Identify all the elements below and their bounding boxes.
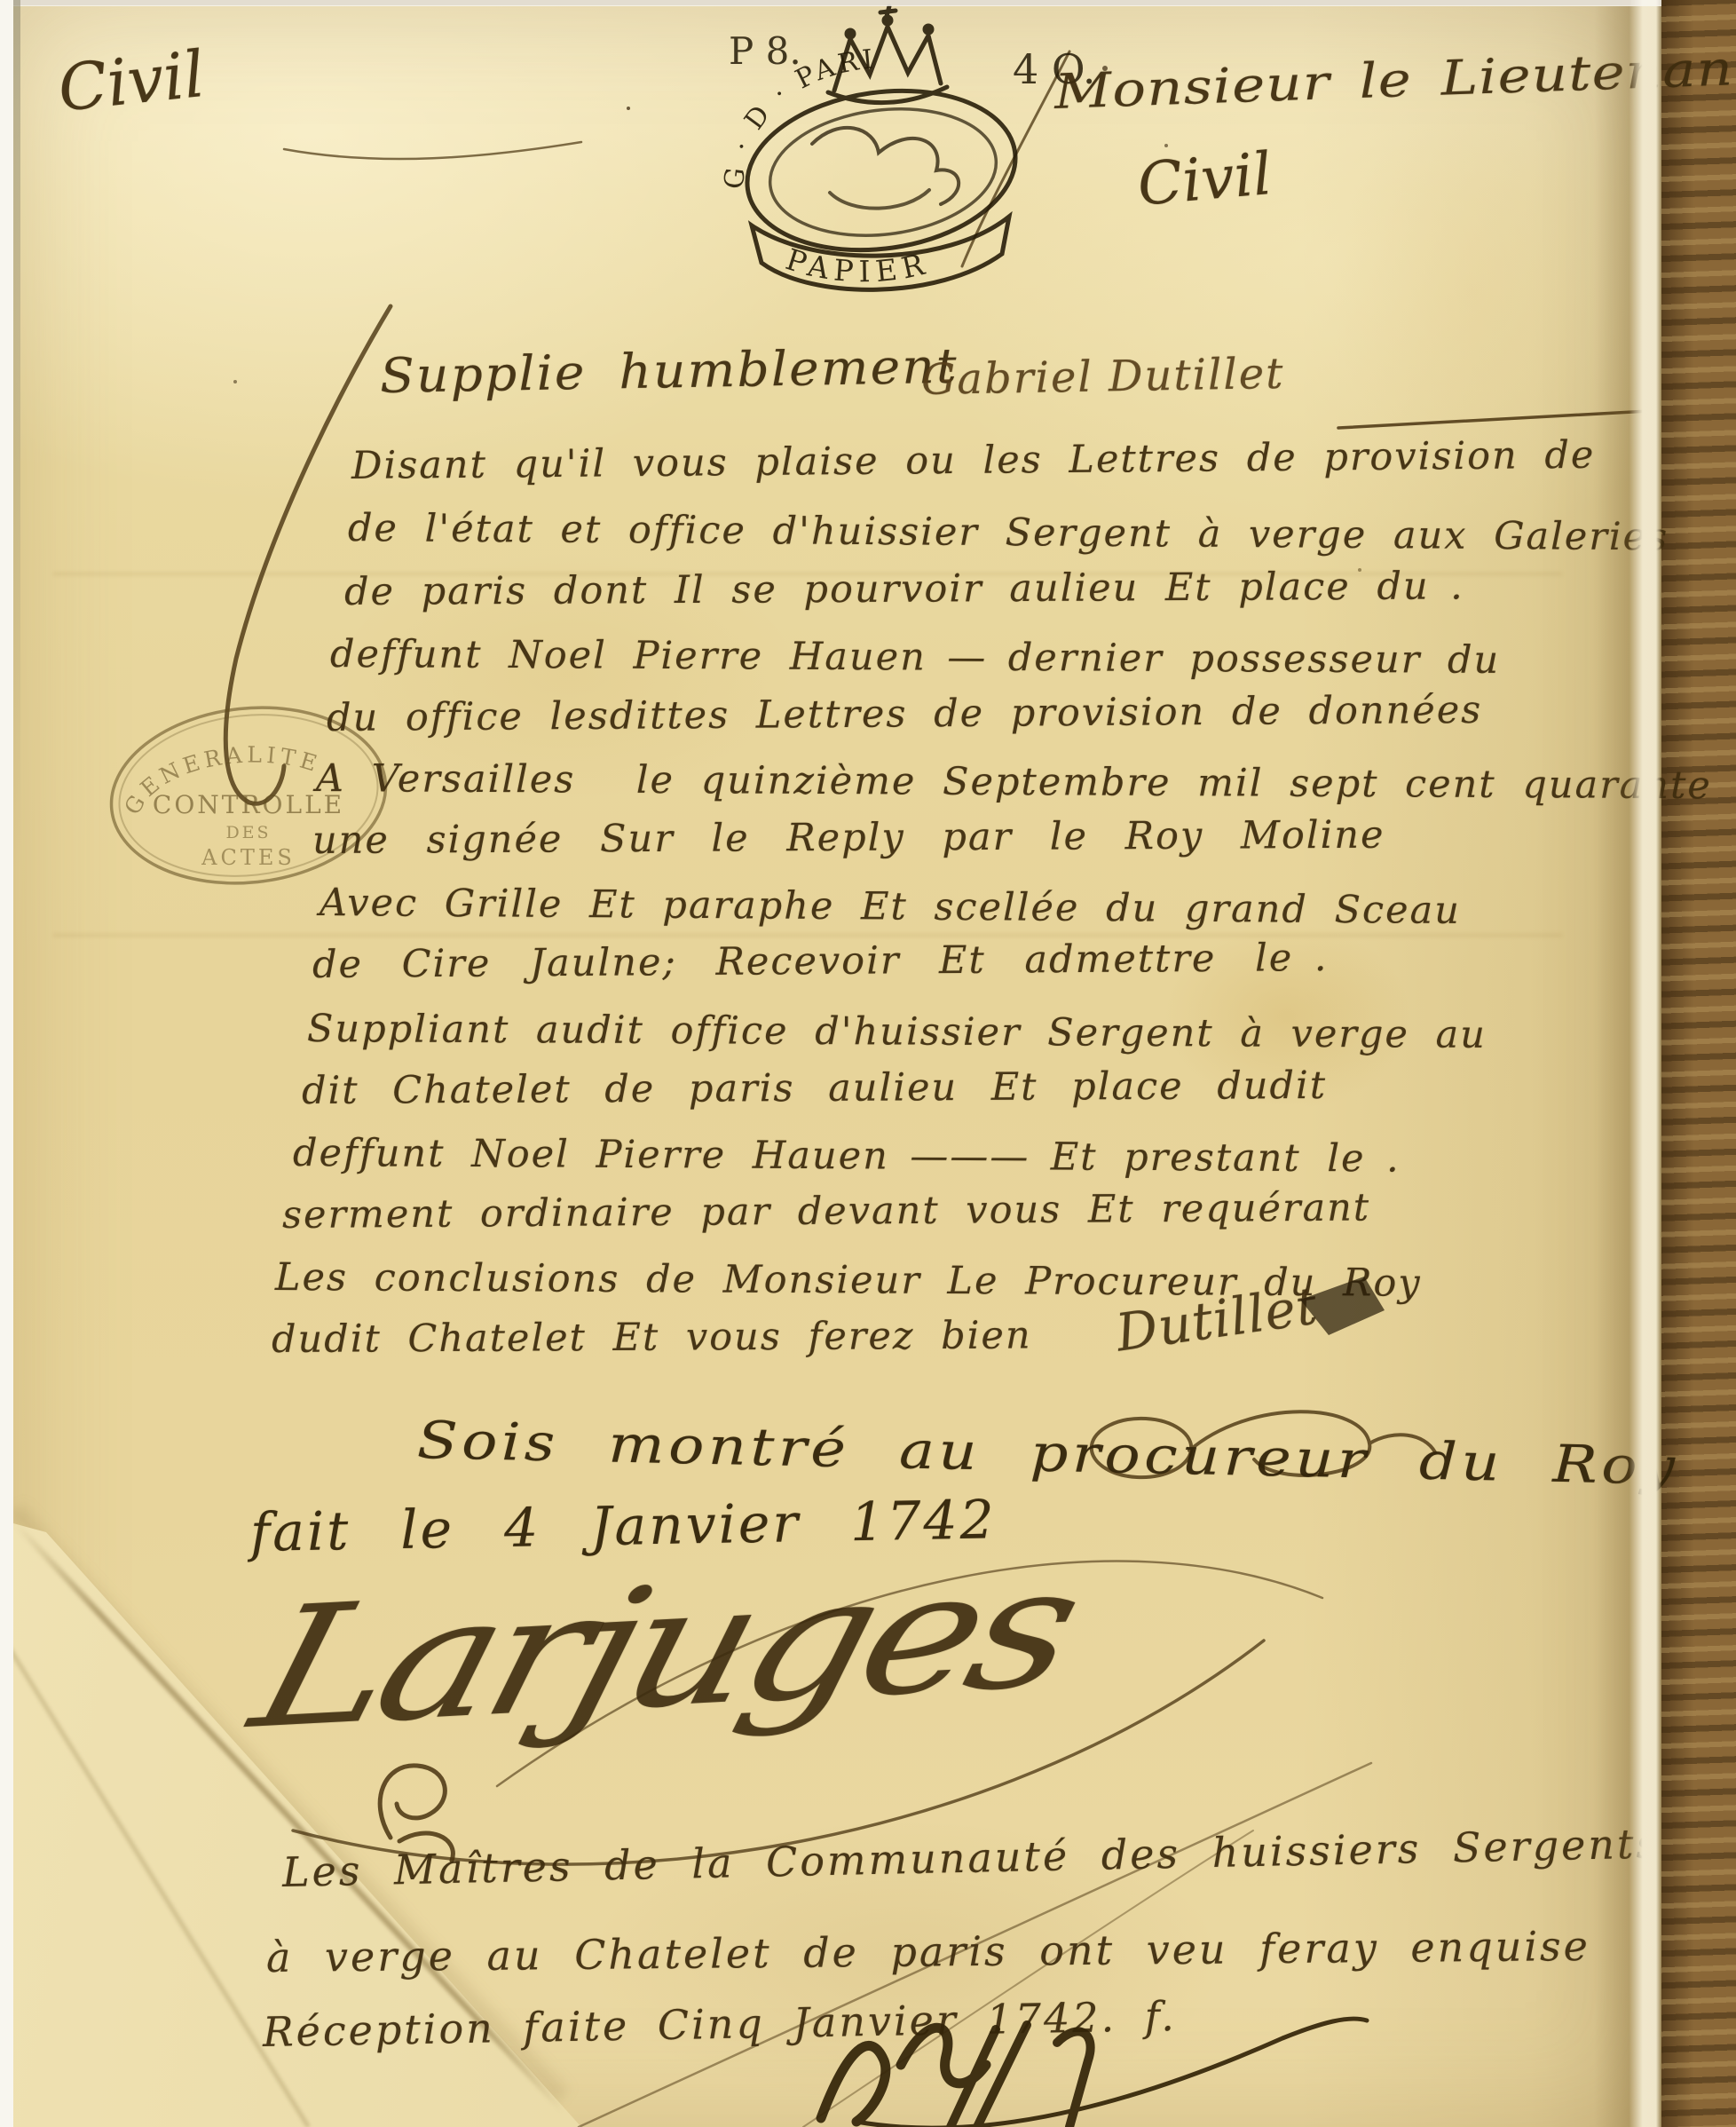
petition-line: une signée Sur le Reply par le Roy Molin… [312,813,1385,863]
stamp-left-mark: P 8. [729,29,801,73]
petition-line: deffunt Noel Pierre Hauen ——— Et prestan… [293,1131,1401,1182]
paper-edge-curl [1594,0,1661,2127]
petition-line: de Cire Jaulne; Recevoir Et admettre le … [312,936,1329,987]
petition-line: Suppliant audit office d'huissier Sergen… [307,1007,1487,1057]
left-edge-shadow [13,0,20,870]
petition-opening: Supplie humblement [379,338,959,404]
petition-line: de paris dont Il se pourvoir aulieu Et p… [344,564,1464,614]
petition-line: deffunt Noel Pierre Hauen — dernier poss… [330,632,1500,683]
civil-note-tail [284,142,581,159]
petition-line: dit Chatelet de paris aulieu Et place du… [302,1063,1327,1113]
tax-stamp: G · D · PARIS PAPIER P 8. 4 O. [670,2,1096,314]
petition-line: A Versailles le quinzième Septembre mil … [316,756,1712,808]
scan-left-edge [0,0,13,2127]
control-stamp-line2: DES [225,823,271,842]
address-line-2: Civil [1135,139,1274,219]
margin-note-civil: Civil [55,36,209,126]
bottom-signature-flourish [785,2012,1371,2127]
petition-line: serment ordinaire par devant vous Et req… [282,1185,1370,1237]
pen-flourishes [0,0,1736,2127]
petition-line: de l'état et office d'huissier Sergent à… [348,506,1669,559]
scan-top-edge [0,0,1661,6]
control-stamp-line3: ACTES [201,845,296,870]
petition-line: dudit Chatelet Et vous ferez bien [272,1314,1032,1362]
manuscript-scan: G · D · PARIS PAPIER P 8. 4 O. GENERALIT… [0,0,1736,2127]
petition-line: du office lesdittes Lettres de provision… [327,688,1483,740]
petitioner-name: Gabriel Dutillet [921,349,1285,405]
petition-line: Avec Grille Et paraphe Et scellée du gra… [320,881,1461,933]
